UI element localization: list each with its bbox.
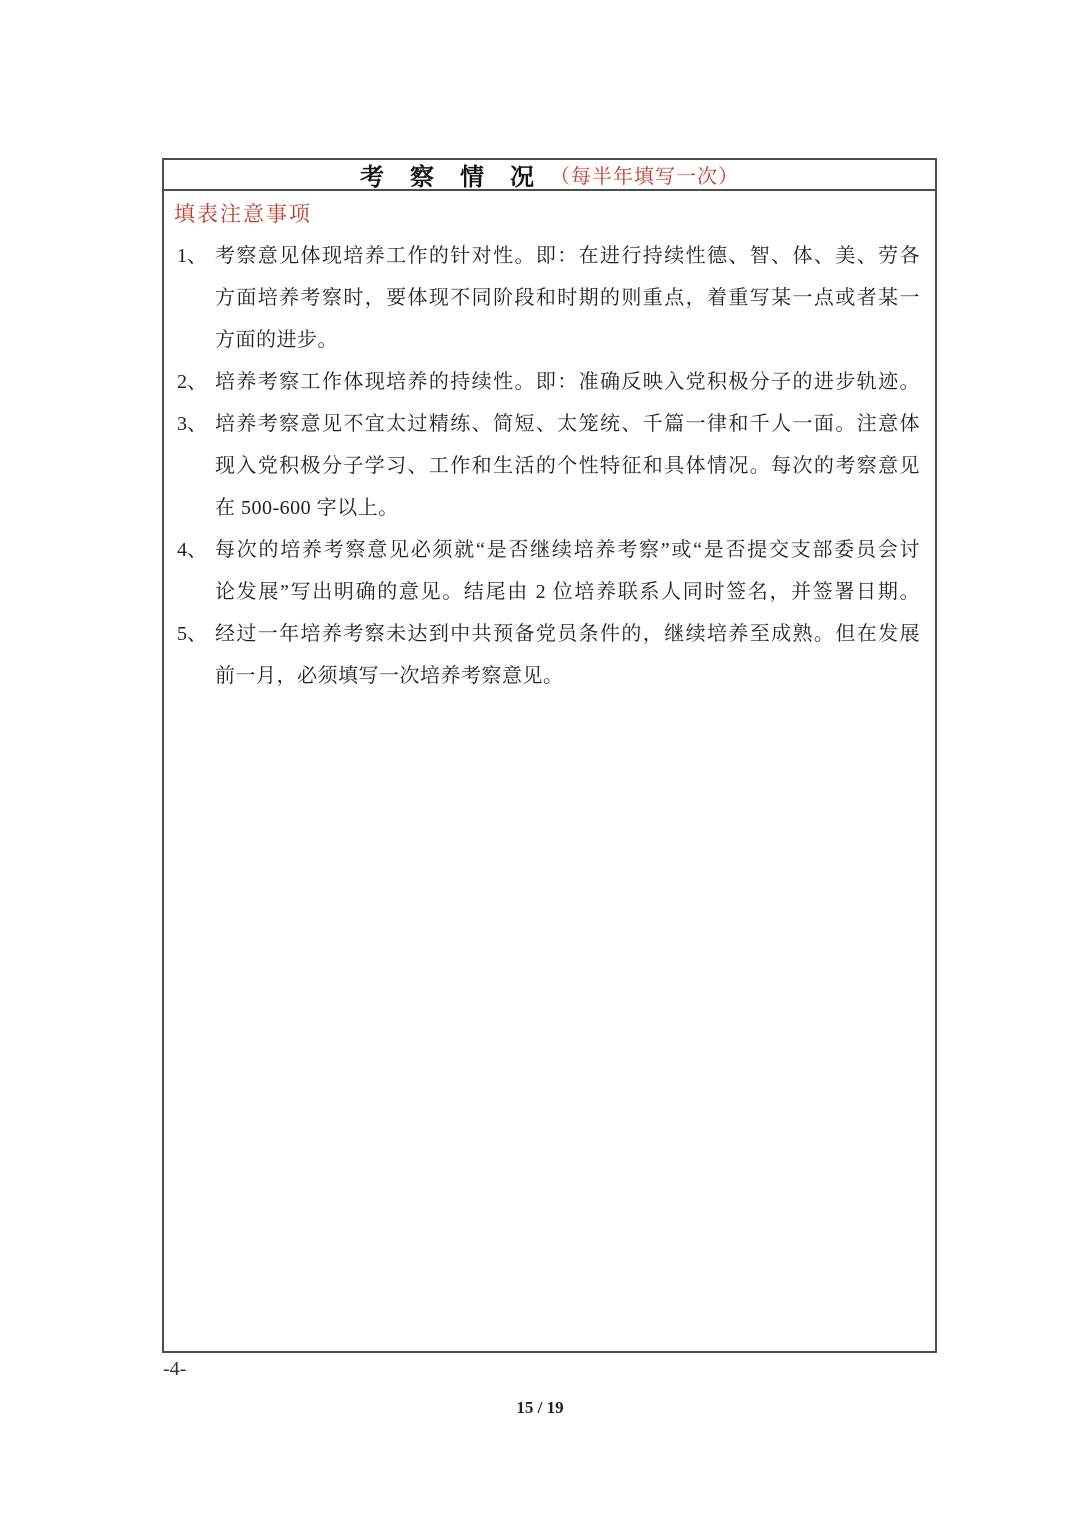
list-item-text: 培养考察意见不宜太过精练、简短、太笼统、千篇一律和千人一面。注意体 现入党积极分… [215,403,920,529]
page-footnote: -4- [163,1358,186,1381]
table-body-cell: 填表注意事项 1、 考察意见体现培养工作的针对性。即：在进行持续性德、智、体、美… [164,191,935,697]
text-line: 方面的进步。 [215,319,920,361]
text-line: 每次的培养考察意见必须就“是否继续培养考察”或“是否提交支部委员会讨 [215,529,920,571]
page-number: 15 / 19 [0,1398,1080,1418]
list-item-number: 1、 [174,235,215,277]
list-item-number: 2、 [174,361,215,403]
text-line: 经过一年培养考察未达到中共预备党员条件的，继续培养至成熟。但在发展 [215,613,920,655]
text-line: 培养考察工作体现培养的持续性。即：准确反映入党积极分子的进步轨迹。 [215,361,920,403]
list-item-text: 培养考察工作体现培养的持续性。即：准确反映入党积极分子的进步轨迹。 [215,361,920,403]
list-item-text: 每次的培养考察意见必须就“是否继续培养考察”或“是否提交支部委员会讨 论发展”写… [215,529,920,613]
text-line: 考察意见体现培养工作的针对性。即：在进行持续性德、智、体、美、劳各 [215,235,920,277]
document-page: 考 察 情 况 （每半年填写一次） 填表注意事项 1、 考察意见体现培养工作的针… [0,0,1080,1527]
table-header-row: 考 察 情 况 （每半年填写一次） [164,160,935,191]
section-title: 考 察 情 况 [360,157,544,192]
notes-heading: 填表注意事项 [174,199,920,229]
list-item: 1、 考察意见体现培养工作的针对性。即：在进行持续性德、智、体、美、劳各 方面培… [174,235,920,361]
list-item: 2、 培养考察工作体现培养的持续性。即：准确反映入党积极分子的进步轨迹。 [174,361,920,403]
text-line: 现入党积极分子学习、工作和生活的个性特征和具体情况。每次的考察意见 [215,445,920,487]
list-item: 3、 培养考察意见不宜太过精练、简短、太笼统、千篇一律和千人一面。注意体 现入党… [174,403,920,529]
list-item-number: 5、 [174,613,215,655]
text-line: 方面培养考察时，要体现不同阶段和时期的则重点，着重写某一点或者某一 [215,277,920,319]
text-line: 论发展”写出明确的意见。结尾由 2 位培养联系人同时签名，并签署日期。 [215,571,920,613]
list-item-number: 3、 [174,403,215,445]
list-item-text: 考察意见体现培养工作的针对性。即：在进行持续性德、智、体、美、劳各 方面培养考察… [215,235,920,361]
list-item-text: 经过一年培养考察未达到中共预备党员条件的，继续培养至成熟。但在发展 前一月，必须… [215,613,920,697]
text-line: 前一月，必须填写一次培养考察意见。 [215,655,920,697]
text-line: 在 500-600 字以上。 [215,487,920,529]
list-item: 5、 经过一年培养考察未达到中共预备党员条件的，继续培养至成熟。但在发展 前一月… [174,613,920,697]
text-line: 培养考察意见不宜太过精练、简短、太笼统、千篇一律和千人一面。注意体 [215,403,920,445]
inspection-table: 考 察 情 况 （每半年填写一次） 填表注意事项 1、 考察意见体现培养工作的针… [162,158,937,1353]
list-item: 4、 每次的培养考察意见必须就“是否继续培养考察”或“是否提交支部委员会讨 论发… [174,529,920,613]
section-subtitle: （每半年填写一次） [550,160,739,189]
notes-list: 1、 考察意见体现培养工作的针对性。即：在进行持续性德、智、体、美、劳各 方面培… [174,235,920,697]
list-item-number: 4、 [174,529,215,571]
